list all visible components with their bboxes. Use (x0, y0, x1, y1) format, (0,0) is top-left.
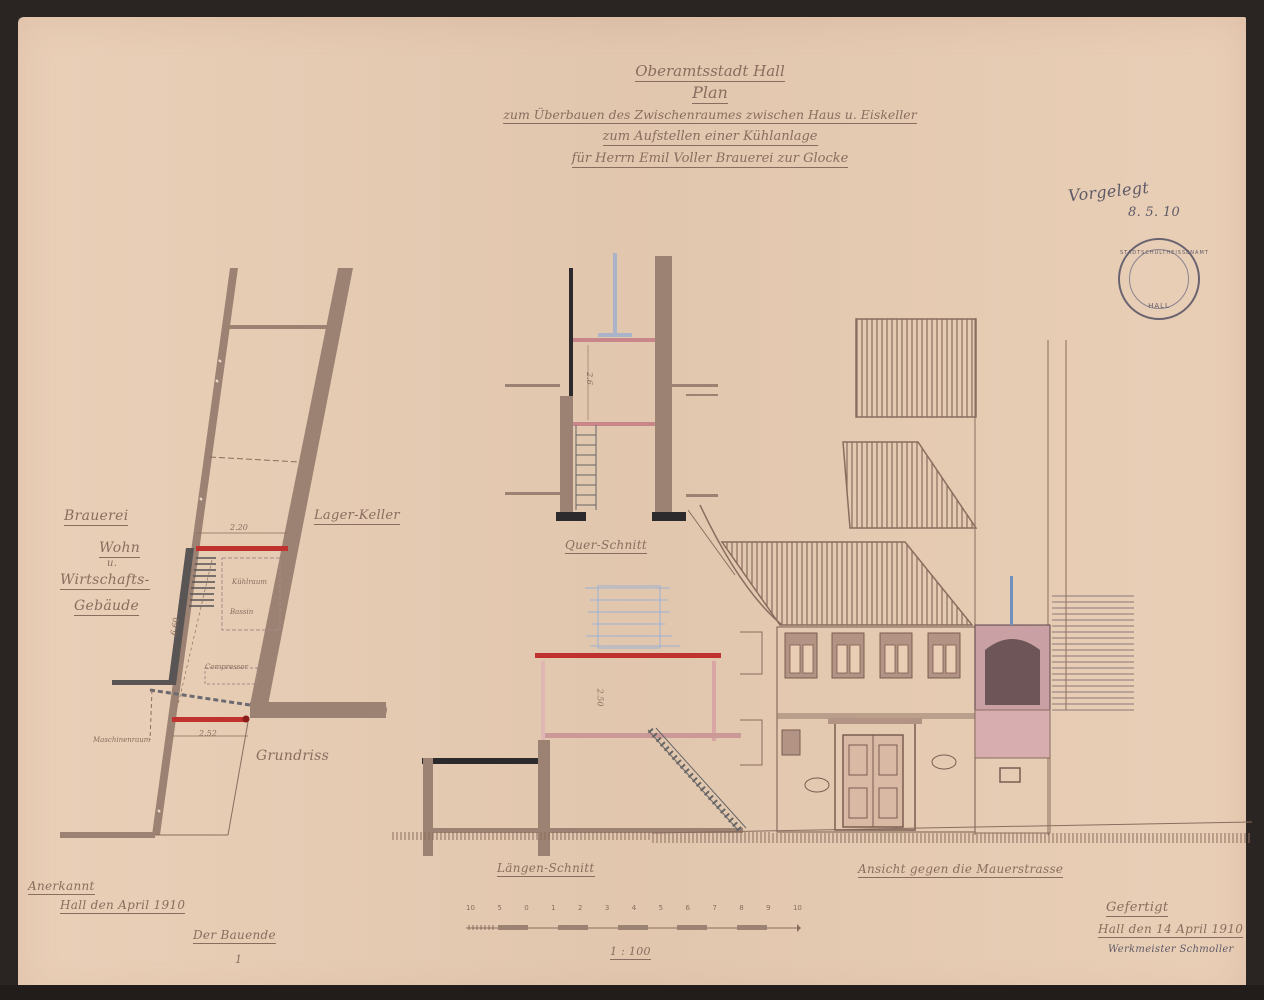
label-wohn: Wohn (99, 540, 140, 558)
scale-tick: 1 (551, 904, 555, 912)
label-quer-schnitt: Quer-Schnitt (565, 538, 647, 554)
scale-tick: 3 (605, 904, 609, 912)
dimension-bottom: 2.52 (199, 729, 217, 738)
label-brauerei: Brauerei (64, 508, 128, 526)
label-compressor: Compressor (205, 663, 248, 671)
scale-tick: 0 (524, 904, 528, 912)
sig-right-date: Hall den 14 April 1910 (1098, 922, 1243, 938)
sig-left-mark: 1 (235, 953, 242, 966)
title-purpose: zum Überbauen des Zwischenraumes zwische… (503, 107, 916, 124)
label-ansicht: Ansicht gegen die Mauerstrasse (858, 862, 1063, 878)
scale-tick: 4 (632, 904, 636, 912)
scale-tick: 5 (497, 904, 501, 912)
stamp-top-text: STADTSCHULTHEISSENAMT (1120, 250, 1198, 256)
dimension-top: 2.20 (230, 523, 248, 532)
scale-tick: 2 (578, 904, 582, 912)
label-und: u. (107, 558, 117, 569)
scale-tick: 9 (766, 904, 770, 912)
label-wirtschafts: Wirtschafts- (60, 572, 150, 590)
label-bassin: Bassin (230, 608, 253, 616)
scale-tick: 7 (712, 904, 716, 912)
sig-left-bauende: Der Bauende (193, 928, 276, 944)
label-gebaeude: Gebäude (74, 598, 139, 616)
stamp-bottom-text: HALL (1120, 302, 1198, 310)
sig-right-signature: Werkmeister Schmoller (1108, 944, 1234, 955)
dimension-quer: 2.6 (585, 372, 594, 385)
scale-bar-ticks: 10 5 0 1 2 3 4 5 6 7 8 9 10 (466, 904, 802, 912)
title-plan: Plan (692, 83, 728, 104)
scale-tick: 10 (466, 904, 475, 912)
sig-left-anerkannt: Anerkannt (28, 879, 95, 895)
title-district: Oberamtsstadt Hall (635, 62, 785, 82)
scale-bar-drawing (466, 924, 801, 932)
cross-section-drawing (505, 253, 735, 575)
sig-left-date: Hall den April 1910 (60, 898, 185, 914)
scale-tick: 10 (793, 904, 802, 912)
label-grundriss: Grundriss (256, 748, 329, 764)
label-laengen-schnitt: Längen-Schnitt (497, 861, 595, 877)
approval-date: 8. 5. 10 (1128, 205, 1180, 220)
sig-right-gefertigt: Gefertigt (1106, 900, 1168, 917)
title-client: für Herrn Emil Voller Brauerei zur Glock… (572, 151, 849, 168)
label-maschinenraum: Maschinenraum (93, 736, 150, 744)
title-subpurpose: zum Aufstellen einer Kühlanlage (603, 129, 818, 146)
title-block: Oberamtsstadt Hall Plan zum Überbauen de… (440, 60, 980, 170)
elevation-drawing (652, 318, 1252, 843)
longitudinal-section-drawing (392, 586, 772, 856)
scale-tick: 5 (659, 904, 663, 912)
stamp-coat-of-arms-icon (1129, 249, 1189, 309)
label-kuehlraum: Kühlraum (232, 578, 267, 586)
label-lager-keller: Lager-Keller (314, 508, 400, 525)
scale-tick: 8 (739, 904, 743, 912)
scale-tick: 6 (685, 904, 689, 912)
official-stamp: STADTSCHULTHEISSENAMT HALL (1118, 238, 1200, 320)
dimension-laengen: 2.50 (595, 689, 604, 707)
scale-label: 1 : 100 (610, 945, 651, 960)
